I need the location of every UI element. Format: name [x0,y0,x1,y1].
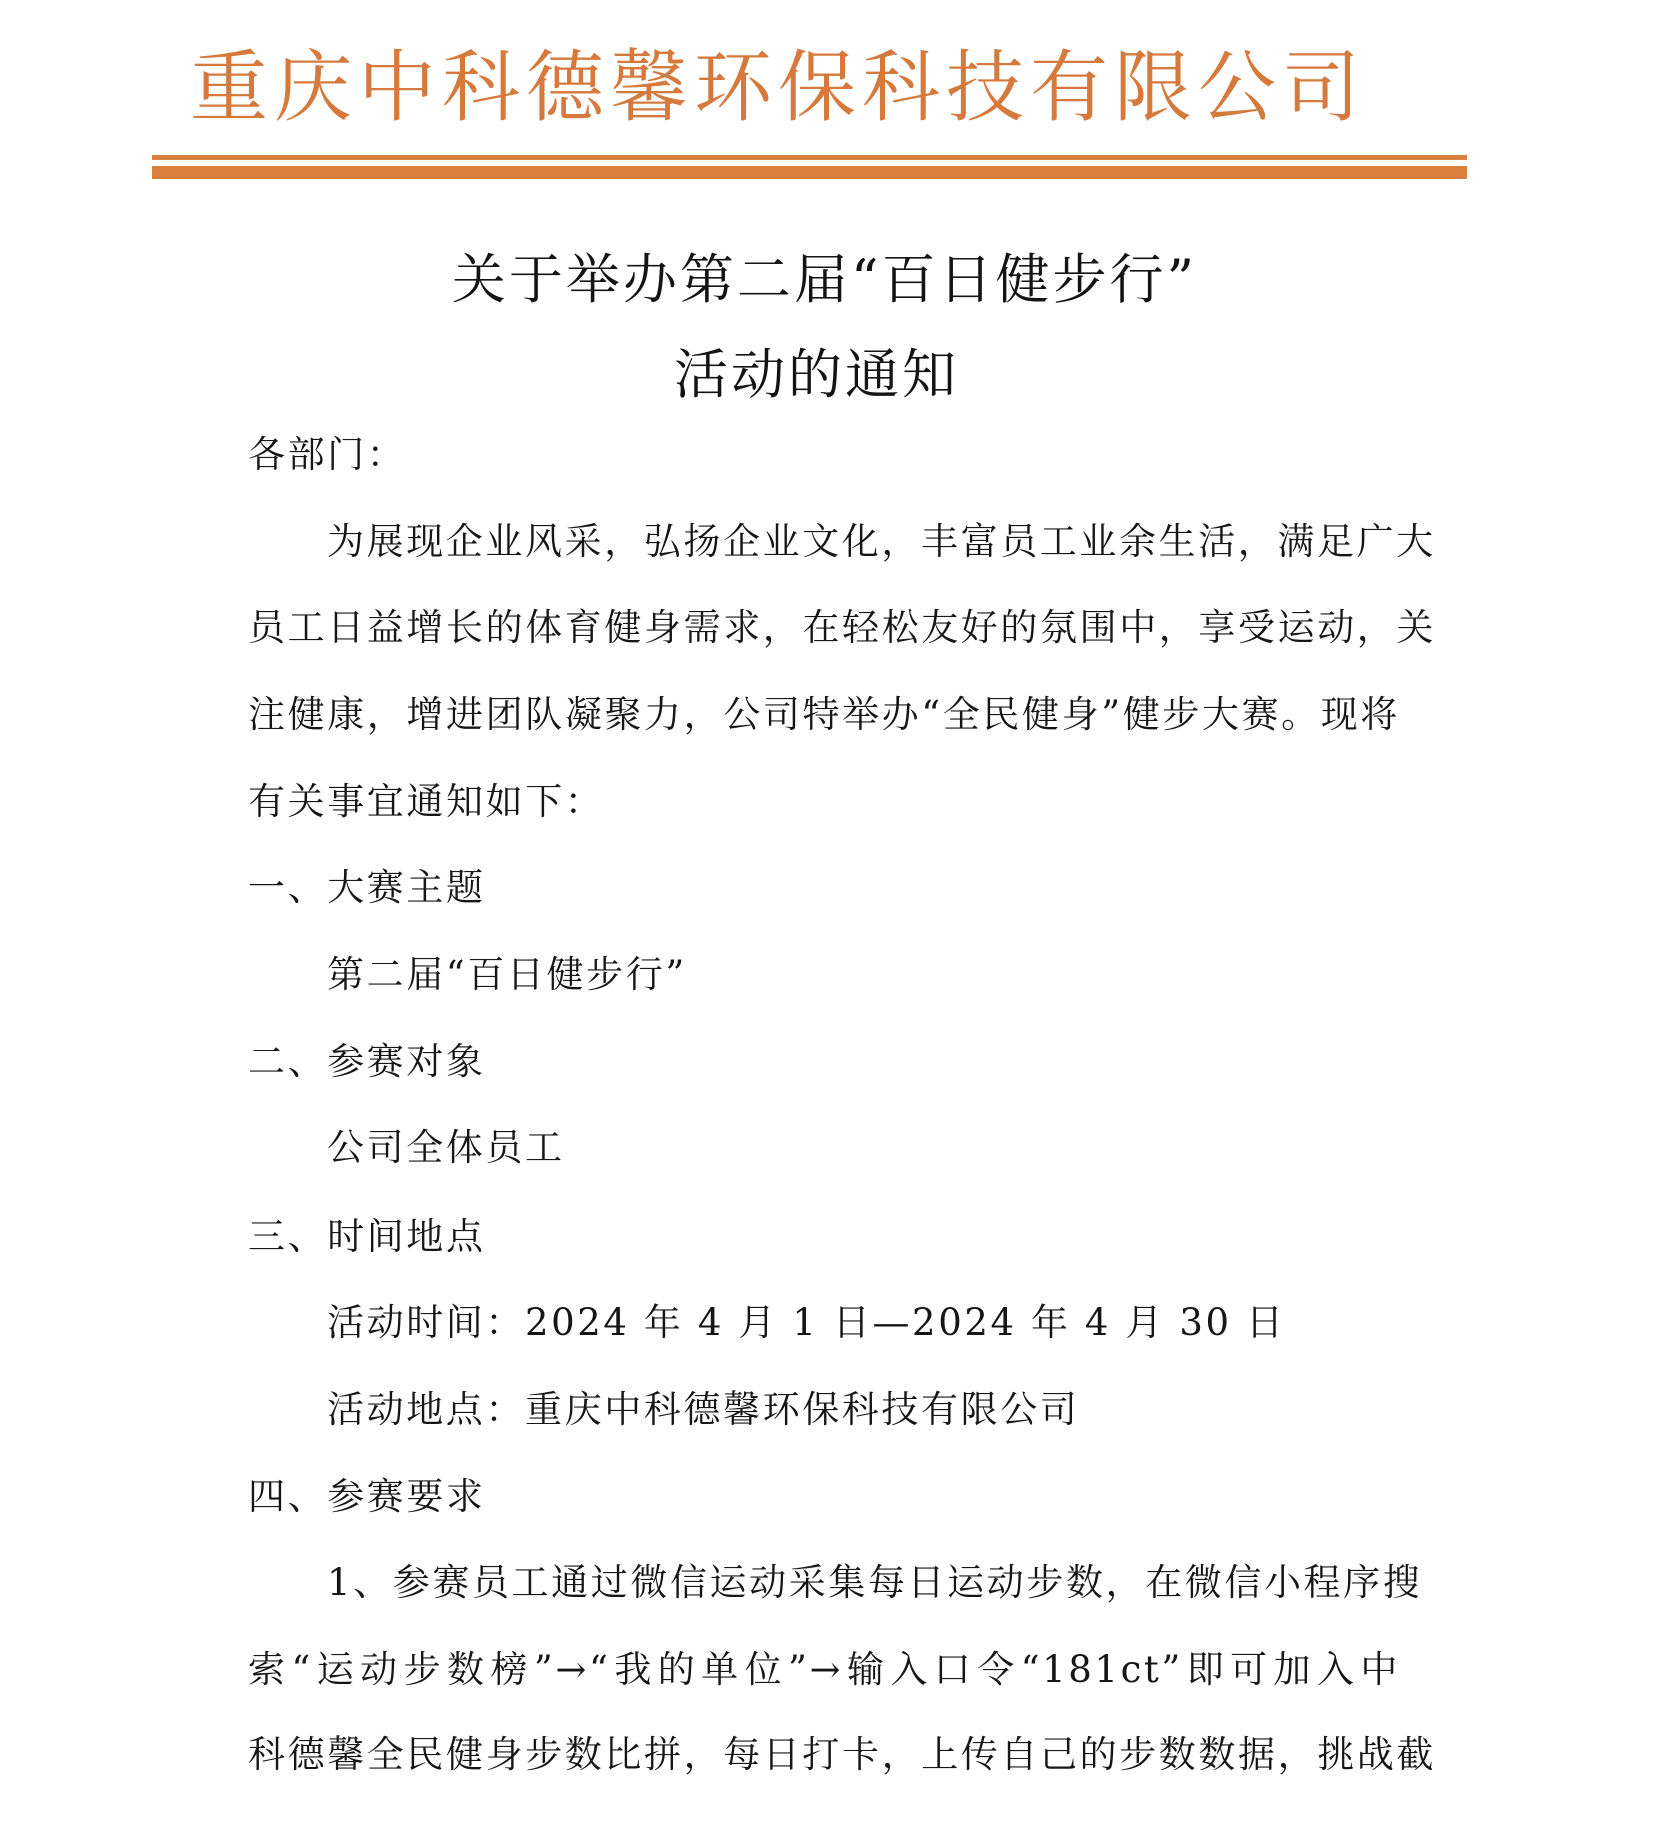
activity-time: 活动时间：2024 年 4 月 1 日—2024 年 4 月 30 日 [327,1301,1286,1345]
intro-line: 有关事宜通知如下： [248,780,604,824]
section-heading-time-place: 三、时间地点 [248,1215,486,1259]
title-line-2: 活动的通知 [0,345,1643,405]
title-line-1: 关于举办第二届“百日健步行” [0,250,1651,310]
salutation: 各部门： [248,433,406,477]
section-heading-participants: 二、参赛对象 [248,1040,486,1084]
section-heading-theme: 一、大赛主题 [248,866,486,910]
intro-line: 注健康，增进团队凝聚力，公司特举办“全民健身”健步大赛。现将 [248,693,1400,737]
letterhead-rule-thin [152,155,1467,160]
section-content: 第二届“百日健步行” [327,953,687,997]
section-content: 公司全体员工 [327,1126,565,1170]
letterhead-rule-thick [152,166,1467,179]
section-heading-requirements: 四、参赛要求 [248,1475,486,1519]
requirement-line: 索“运动步数榜”→“我的单位”→输入口令“181ct”即可加入中 [248,1648,1400,1692]
company-name: 重庆中科德馨环保科技有限公司 [190,38,1460,138]
requirement-line: 1、参赛员工通过微信运动采集每日运动步数，在微信小程序搜 [327,1561,1400,1605]
intro-line: 为展现企业风采，弘扬企业文化，丰富员工业余生活，满足广大 [327,520,1400,564]
intro-line: 员工日益增长的体育健身需求，在轻松友好的氛围中，享受运动，关 [248,606,1400,650]
activity-place: 活动地点：重庆中科德馨环保科技有限公司 [327,1388,1079,1432]
requirement-line: 科德馨全民健身步数比拼，每日打卡，上传自己的步数数据，挑战截 [248,1733,1400,1777]
